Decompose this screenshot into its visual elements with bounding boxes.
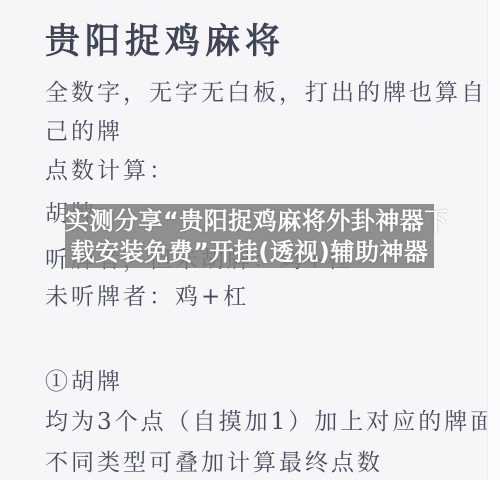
list-item-1-heading: ①胡牌 xyxy=(45,371,123,394)
section-heading-points-calc: 点数计算： xyxy=(45,160,175,183)
body-line: 全数字，无字无白板，打出的牌也算自 xyxy=(45,82,487,105)
article-page: 贵阳捉鸡麻将 全数字，无字无白板，打出的牌也算自 己的牌 点数计算： 胡牌 听牌… xyxy=(0,0,500,480)
body-line: 均为3个点（自摸加1）加上对应的牌面 xyxy=(45,411,496,434)
watermark-line-1: 实测分享“贵阳捉鸡麻将外卦神器下 xyxy=(65,206,434,237)
page-title: 贵阳捉鸡麻将 xyxy=(45,14,285,64)
watermark-line-2: 载安装免费”开挂(透视)辅助神器 xyxy=(65,237,434,268)
body-line: 不同类型可叠加计算最终点数 xyxy=(45,452,383,475)
body-line: 未听牌者：鸡+杠 xyxy=(45,286,249,309)
watermark-ad-overlay: 实测分享“贵阳捉鸡麻将外卦神器下 载安装免费”开挂(透视)辅助神器 xyxy=(65,204,434,268)
body-line: 己的牌 xyxy=(45,121,123,144)
scrollbar-track[interactable] xyxy=(487,0,500,480)
